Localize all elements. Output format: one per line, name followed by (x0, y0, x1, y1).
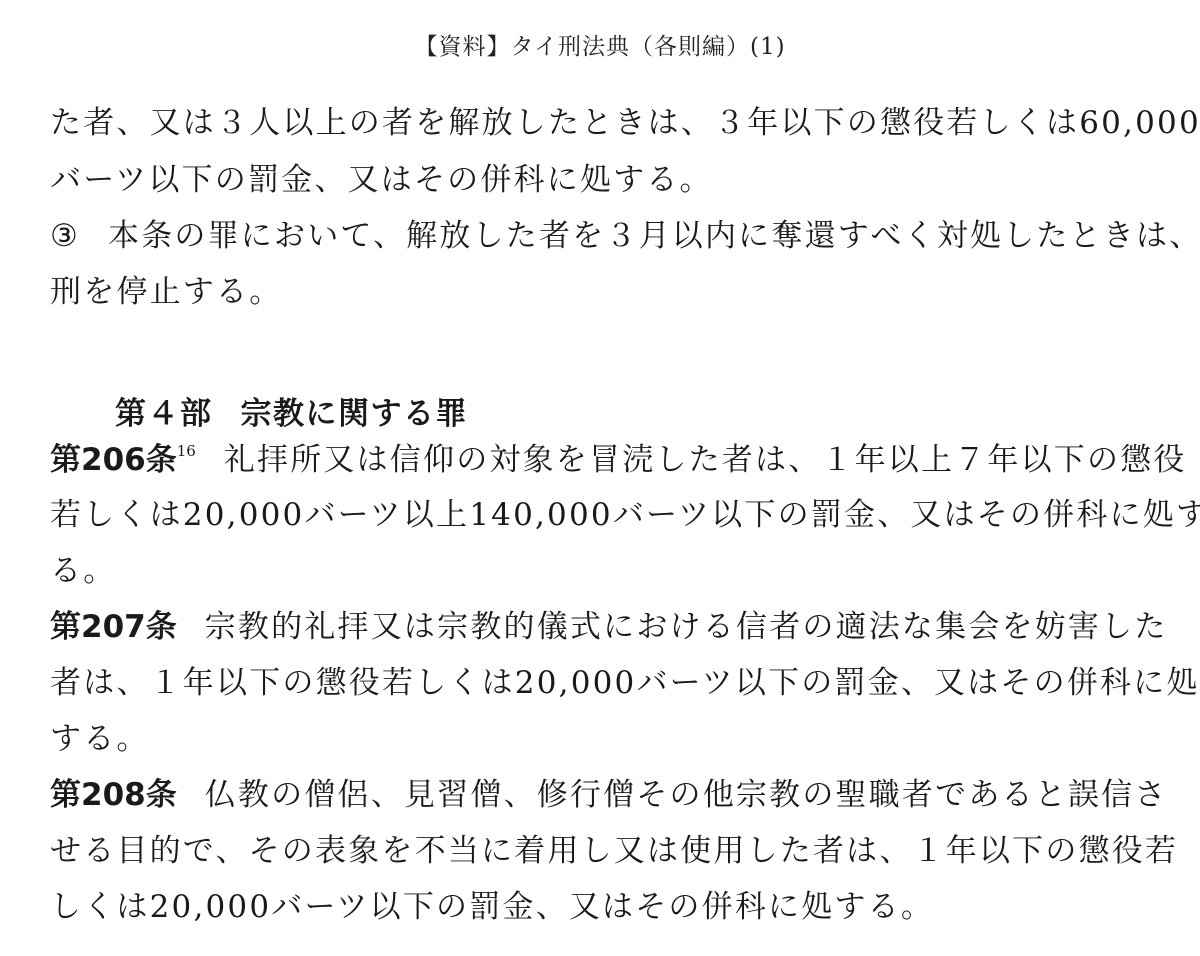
article-208-line-3: しくは20,000バーツ以下の罰金、又はその併科に処する。 (50, 892, 934, 923)
paragraph-marker: ③ (50, 218, 80, 254)
article-text: 礼拝所又は信仰の対象を冒涜した者は、１年以上７年以下の懲役 (224, 442, 1187, 478)
article-text: 仏教の僧侶、見習僧、修行僧その他宗教の聖職者であると誤信さ (205, 777, 1168, 813)
continuation-line-1: た者、又は３人以上の者を解放したときは、３年以下の懲役若しくは60,000 (50, 108, 1150, 139)
paragraph-3-line-2: 刑を停止する。 (50, 277, 282, 308)
paragraph-3-text: 本条の罪において、解放した者を３月以内に奪還すべく対処したときは、 (108, 218, 1200, 254)
article-label: 第206条 (50, 442, 177, 478)
article-label: 第208条 (50, 777, 177, 813)
part-heading: 第４部宗教に関する罪 (115, 388, 468, 433)
part-title: 宗教に関する罪 (241, 396, 469, 432)
article-207-line-1: 第207条宗教的礼拝又は宗教的儀式における信者の適法な集会を妨害した (50, 612, 1150, 643)
article-206-line-1: 第206条16礼拝所又は信仰の対象を冒涜した者は、１年以上７年以下の懲役 (50, 444, 1150, 476)
article-208-line-1: 第208条仏教の僧侶、見習僧、修行僧その他宗教の聖職者であると誤信さ (50, 780, 1150, 811)
paragraph-3-line-1: ③本条の罪において、解放した者を３月以内に奪還すべく対処したときは、 (50, 221, 1150, 252)
footnote-marker: 16 (177, 442, 196, 460)
part-number: 第４部 (115, 396, 213, 432)
page-header: 【資料】タイ刑法典（各則編）(1) (0, 28, 1200, 61)
article-206-line-2: 若しくは20,000バーツ以上140,000バーツ以下の罰金、又はその併科に処す (50, 500, 1150, 531)
article-208-line-2: せる目的で、その表象を不当に着用し又は使用した者は、１年以下の懲役若 (50, 836, 1150, 867)
article-207-line-2: 者は、１年以下の懲役若しくは20,000バーツ以下の罰金、又はその併科に処 (50, 668, 1150, 699)
article-206-line-3: る。 (50, 556, 116, 587)
article-207-line-3: する。 (50, 724, 150, 755)
continuation-line-2: バーツ以下の罰金、又はその併科に処する。 (50, 165, 713, 196)
article-text: 宗教的礼拝又は宗教的儀式における信者の適法な集会を妨害した (205, 609, 1168, 645)
article-label: 第207条 (50, 609, 177, 645)
